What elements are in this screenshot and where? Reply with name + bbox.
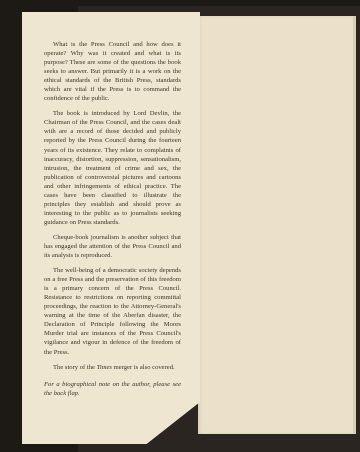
flap-paragraph: Cheque-book journalism is another subjec…	[44, 233, 181, 260]
endpaper-page	[198, 16, 356, 434]
biographical-note: For a biographical note on the author, p…	[44, 380, 181, 398]
page-edge	[353, 16, 356, 434]
flap-paragraph: What is the Press Council and how does i…	[44, 40, 181, 103]
flap-paragraph: The well-being of a democratic society d…	[44, 266, 181, 356]
flap-text: What is the Press Council and how does i…	[44, 40, 181, 404]
text: The story of the	[53, 364, 97, 371]
text: merger is also covered.	[112, 364, 175, 371]
times-title: Times	[97, 364, 112, 371]
flap-paragraph-times: The story of the Times merger is also co…	[44, 363, 181, 372]
flap-paragraph: The book is introduced by Lord Devlin, t…	[44, 109, 181, 227]
